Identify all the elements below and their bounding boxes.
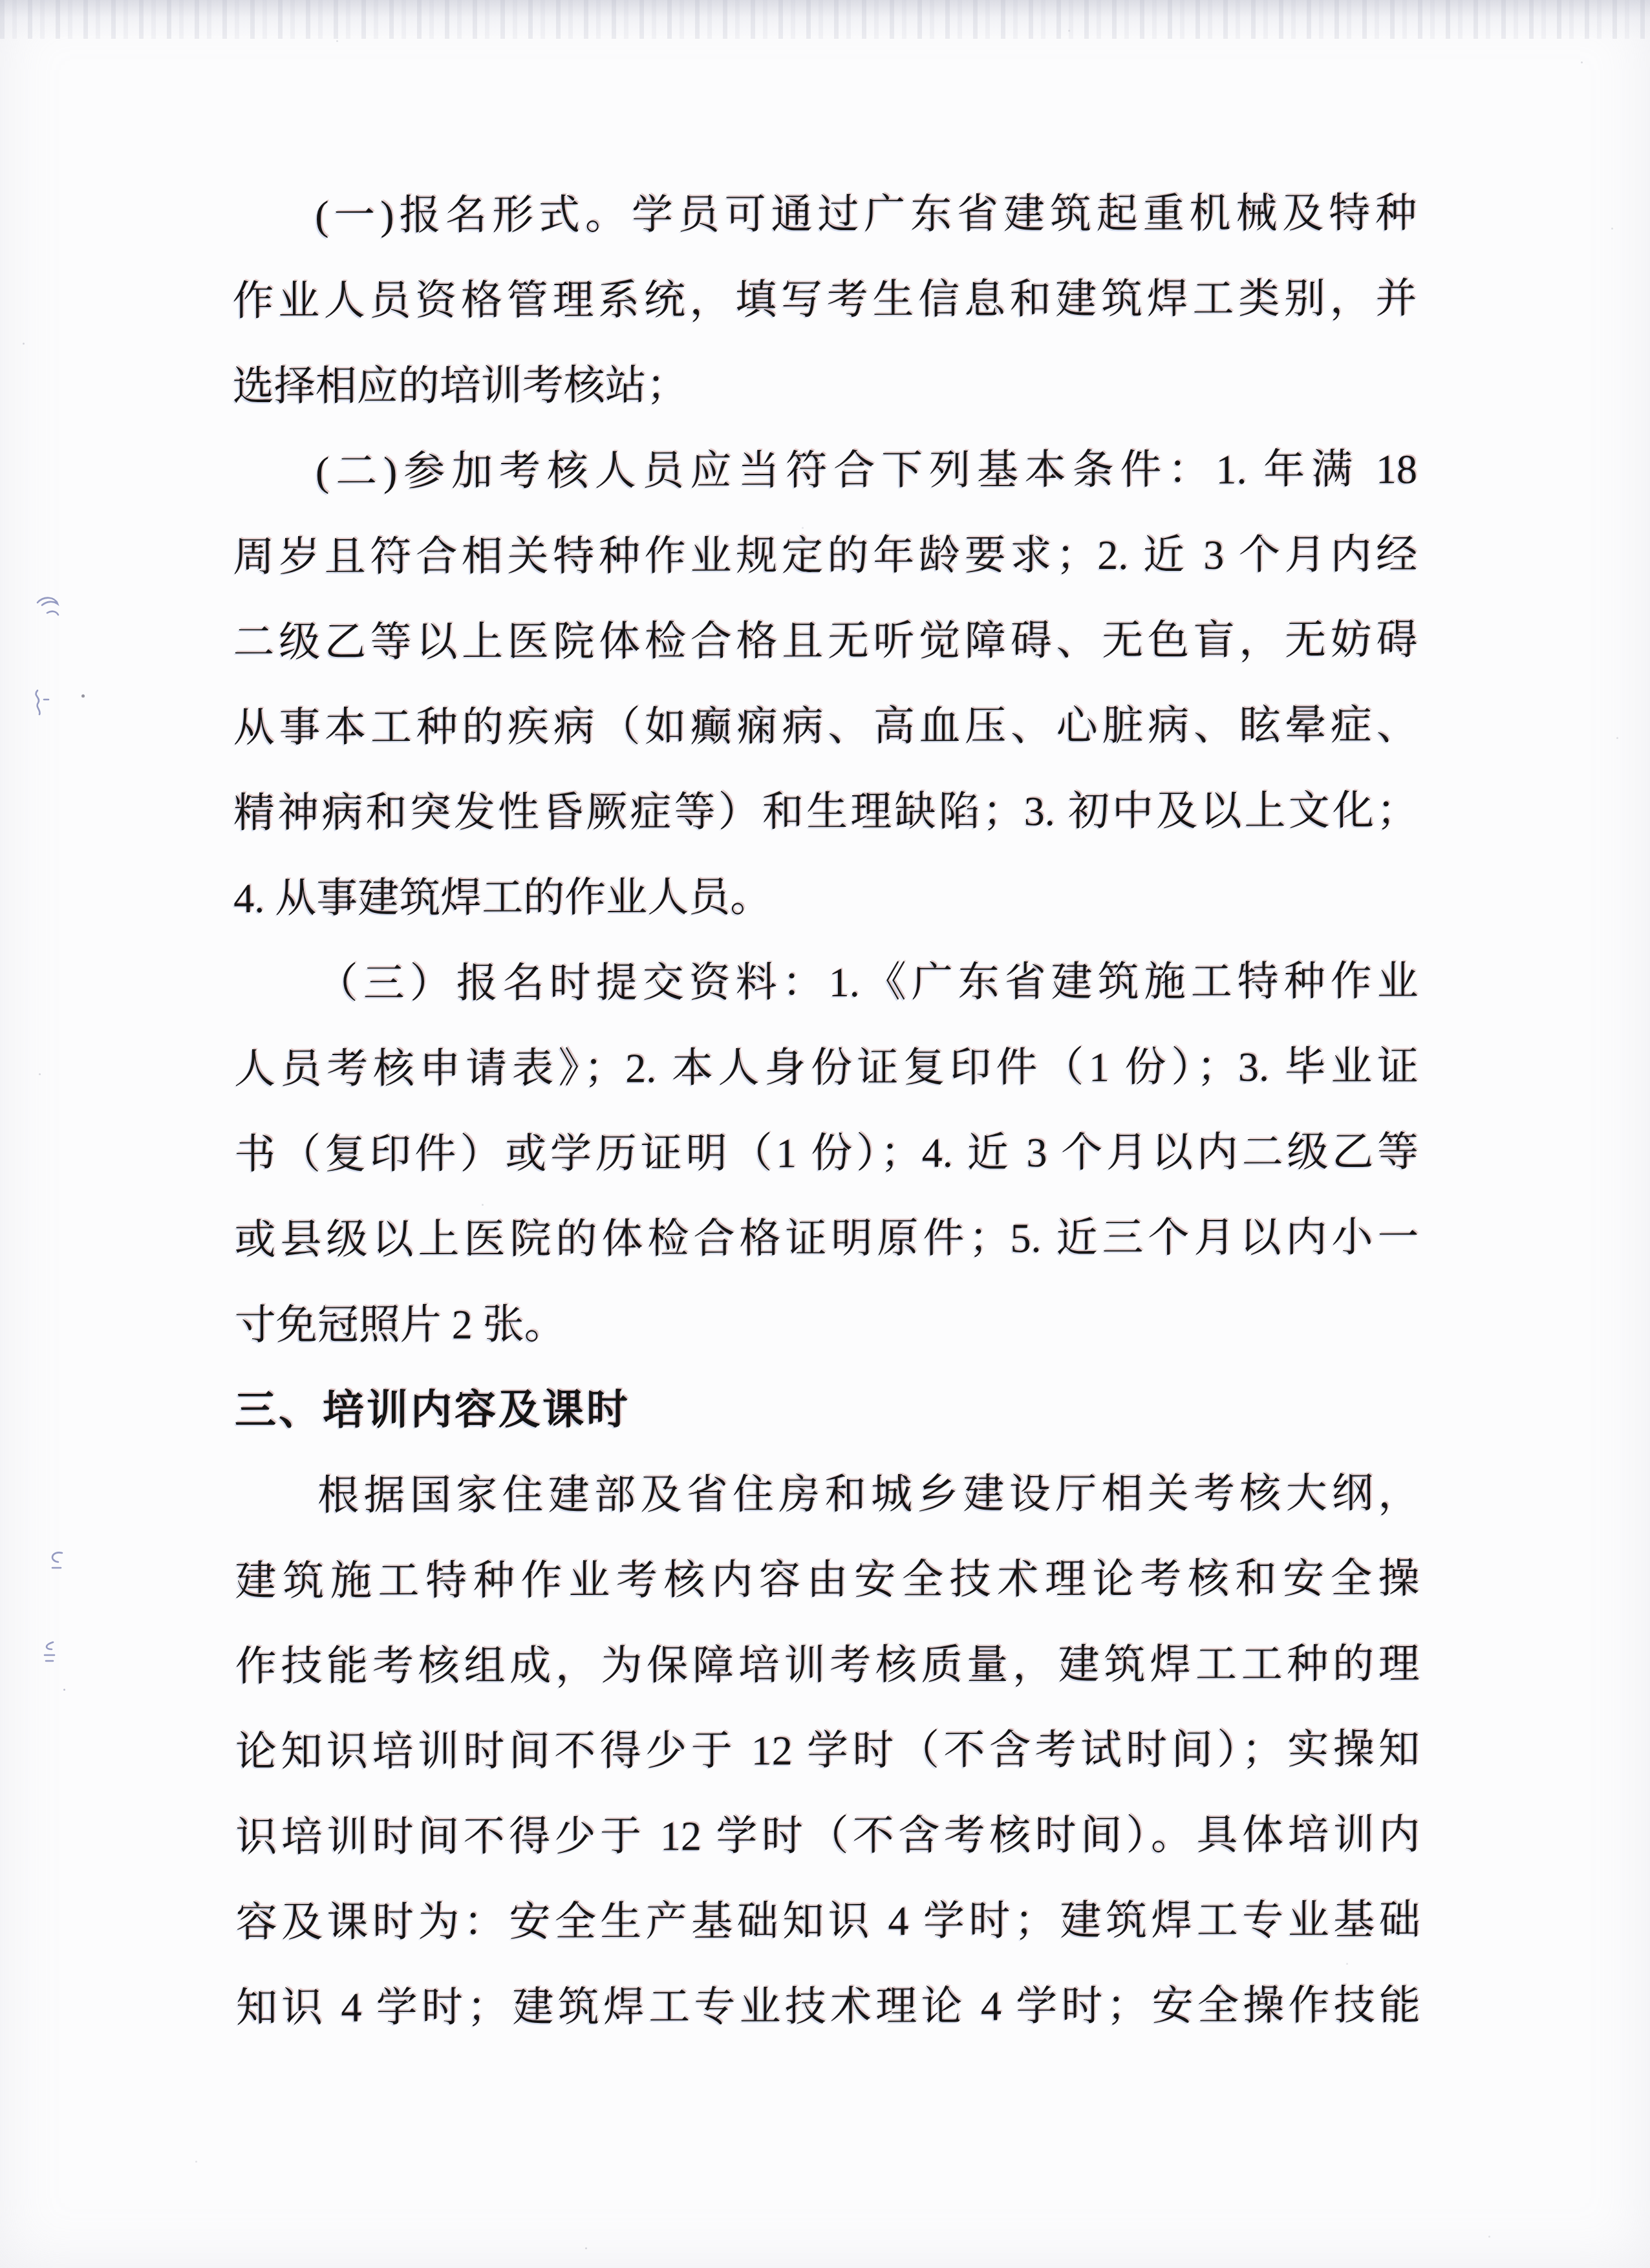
text-line: 论知识培训时间不得少于 12 学时（不含考试时间）；实操知 <box>235 1707 1420 1795</box>
text-line: 容及课时为：安全生产基础知识 4 学时；建筑焊工专业基础 <box>235 1878 1420 1965</box>
text-line: 书（复印件）或学历证明（1 份）；4. 近 3 个月以内二级乙等 <box>234 1109 1419 1197</box>
text-line: （三）报名时提交资料：1.《广东省建筑施工特种作业 <box>233 939 1418 1027</box>
text-line: 精神病和突发性昏厥症等）和生理缺陷；3. 初中及以上文化； <box>233 768 1418 856</box>
text-line: 作技能考核组成，为保障培训考核质量，建筑焊工工种的理 <box>235 1621 1420 1709</box>
scanned-document-page: (一)报名形式。学员可通过广东省建筑起重机械及特种 作业人员资格管理系统，填写考… <box>0 0 1650 2268</box>
text-line: 识培训时间不得少于 12 学时（不含考核时间）。具体培训内 <box>235 1792 1420 1880</box>
ink-smudge <box>41 1640 58 1667</box>
text-line: 从事本工种的疾病（如癫痫病、高血压、心脏病、眩晕症、 <box>233 683 1418 771</box>
document-text: (一)报名形式。学员可通过广东省建筑起重机械及特种 作业人员资格管理系统，填写考… <box>232 171 1420 2051</box>
section-heading: 三、培训内容及课时 <box>235 1365 1419 1453</box>
text-line: 根据国家住建部及省住房和城乡建设厅相关考核大纲， <box>235 1451 1419 1539</box>
text-line: 4. 从事建筑焊工的作业人员。 <box>233 853 1418 941</box>
text-line: 二级乙等以上医院体检合格且无听觉障碍、无色盲，无妨碍 <box>233 597 1417 685</box>
text-line: 周岁且符合相关特种作业规定的年龄要求；2. 近 3 个月内经 <box>233 512 1417 600</box>
text-line: 作业人员资格管理系统，填写考生信息和建筑焊工类别，并 <box>232 256 1417 344</box>
text-line: 寸免冠照片 2 张。 <box>235 1280 1419 1368</box>
scanner-edge-shadow <box>0 0 1650 39</box>
text-line: 选择相应的培训考核站； <box>233 341 1417 429</box>
text-line: (一)报名形式。学员可通过广东省建筑起重机械及特种 <box>232 171 1417 259</box>
text-line: 建筑施工特种作业考核内容由安全技术理论考核和安全操 <box>235 1536 1419 1624</box>
ink-smudge <box>30 687 53 718</box>
text-line: (二)参加考核人员应当符合下列基本条件：1. 年满 18 <box>233 427 1417 515</box>
paper-speckles <box>0 0 2 2</box>
text-line: 或县级以上医院的体检合格证明原件；5. 近三个月以内小一 <box>234 1195 1419 1283</box>
ink-smudge <box>34 594 65 622</box>
text-line: 知识 4 学时；建筑焊工专业技术理论 4 学时；安全操作技能 <box>236 1963 1420 2051</box>
ink-smudge <box>45 1548 67 1572</box>
text-line: 人员考核申请表》；2. 本人身份证复印件（1 份）；3. 毕业证 <box>234 1024 1419 1112</box>
